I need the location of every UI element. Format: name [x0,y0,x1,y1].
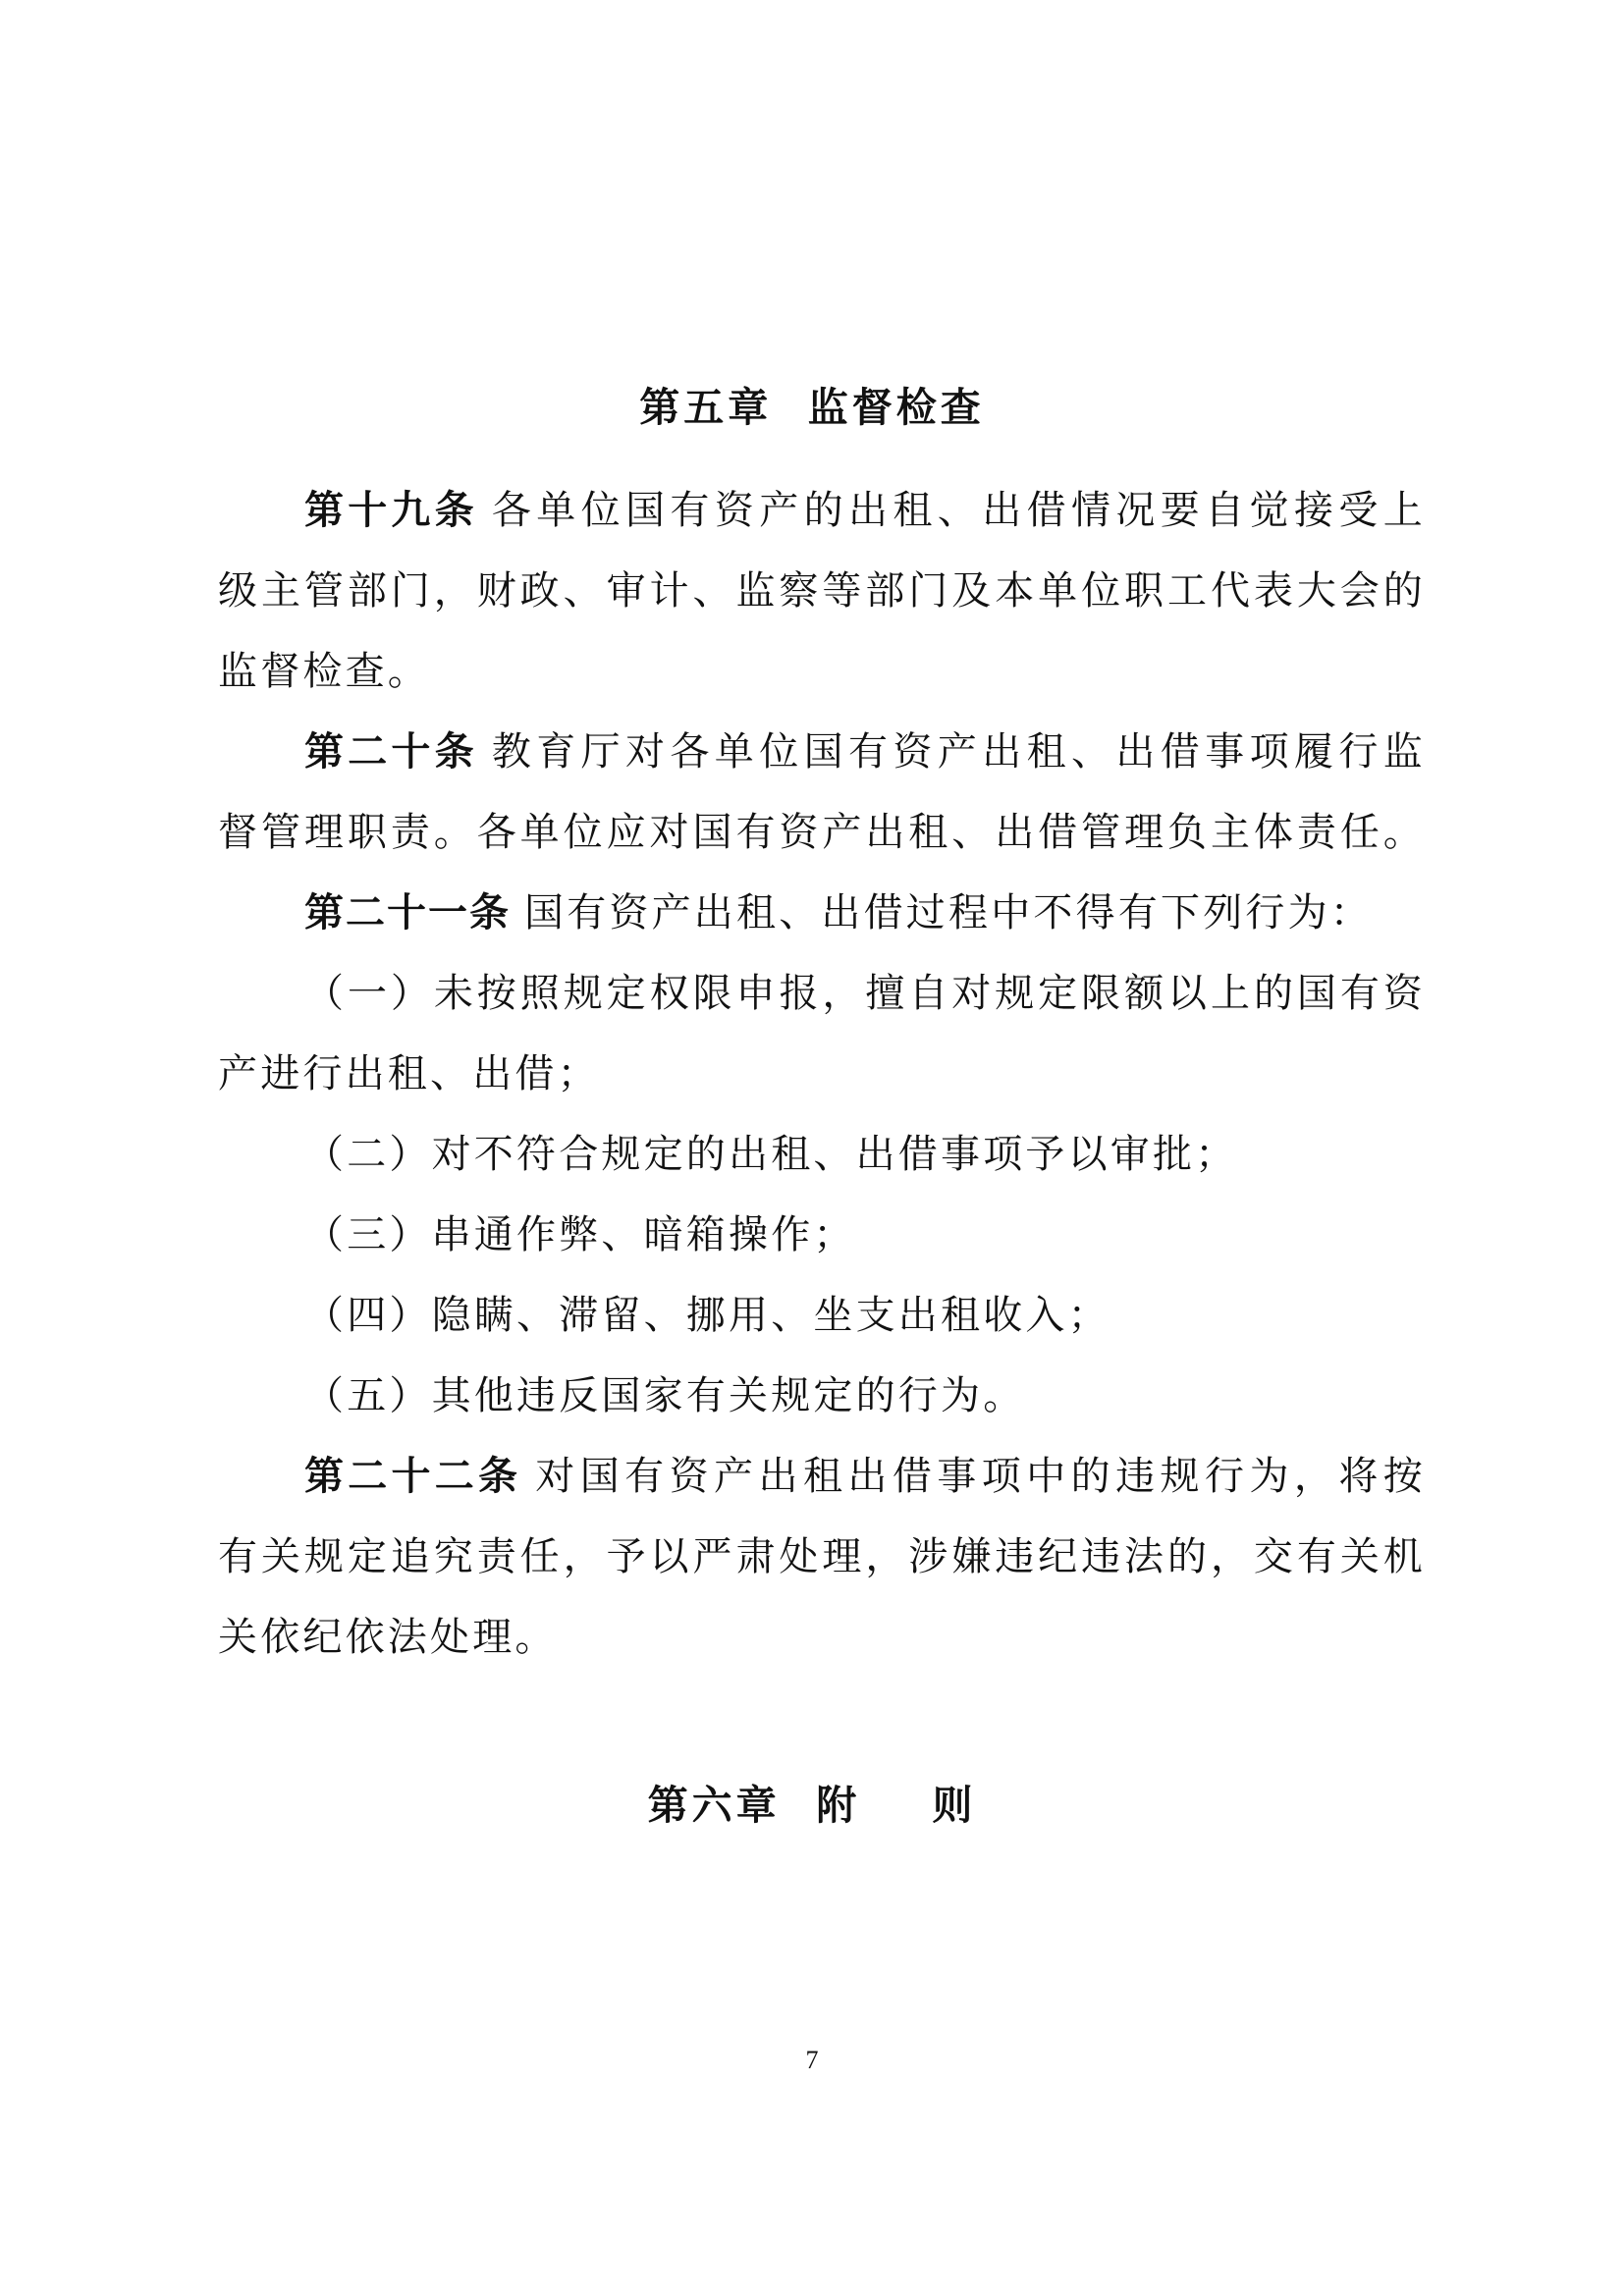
article-22-line-1: 第二十二条对国有资产出租出借事项中的违规行为，将按 [304,1453,1426,1500]
chapter-5-title: 第五章 监督检查 [0,375,1624,433]
article-19-line-2: 级主管部门，财政、审计、监察等部门及本单位职工代表大会的 [218,567,1426,614]
article-21-item-4: （四）隐瞒、滞留、挪用、坐支出租收入； [304,1292,1426,1339]
article-21-item-3: （三）串通作弊、暗箱操作； [304,1211,1426,1258]
article-20-line-2: 督管理职责。各单位应对国有资产出租、出借管理负主体责任。 [218,809,1426,856]
article-22-line-2: 有关规定追究责任，予以严肃处理，涉嫌违纪违法的，交有关机 [218,1533,1426,1580]
article-22-line-3: 关依纪依法处理。 [218,1614,1426,1661]
article-20-line-1: 第二十条教育厅对各单位国有资产出租、出借事项履行监 [304,728,1426,775]
article-22-label: 第二十二条 [304,1453,521,1499]
article-21-item-2: （二）对不符合规定的出租、出借事项予以审批； [304,1131,1426,1178]
article-19-line-3: 监督检查。 [218,648,1426,695]
article-21-line-1: 第二十一条国有资产出租、出借过程中不得有下列行为： [304,889,1426,936]
page-number: 7 [0,2046,1624,2075]
article-21-item-1-line-2: 产进行出租、出借； [218,1050,1426,1097]
document-page: 第五章 监督检查 第十九条各单位国有资产的出租、出借情况要自觉接受上 级主管部门… [0,0,1624,2296]
article-21-label: 第二十一条 [304,889,511,935]
article-20-label: 第二十条 [304,728,478,774]
chapter-6-title: 第六章 附 则 [0,1773,1624,1831]
article-19-line-1: 第十九条各单位国有资产的出租、出借情况要自觉接受上 [304,487,1426,534]
article-19-label: 第十九条 [304,487,478,533]
article-21-item-1-line-1: （一）未按照规定权限申报，擅自对规定限额以上的国有资 [304,970,1426,1017]
article-21-item-5: （五）其他违反国家有关规定的行为。 [304,1372,1426,1419]
